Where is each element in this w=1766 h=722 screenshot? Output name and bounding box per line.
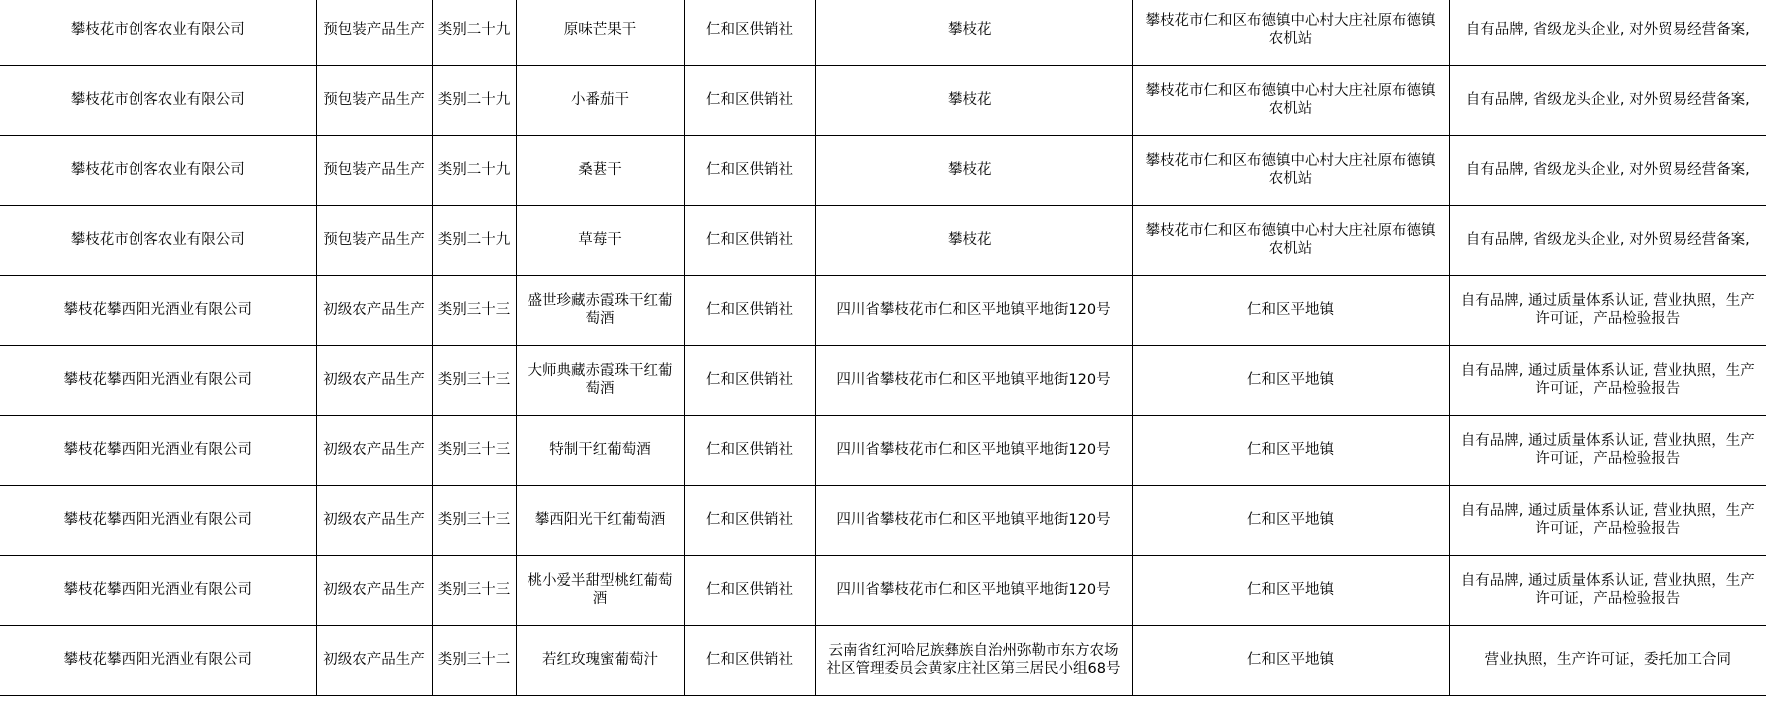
category-cell[interactable]: 类别三十三	[432, 345, 516, 415]
qualification-cell[interactable]: 自有品牌, 省级龙头企业, 对外贸易经营备案,	[1449, 0, 1766, 65]
production-type-cell[interactable]: 预包装产品生产	[316, 0, 432, 65]
category-cell[interactable]: 类别二十九	[432, 0, 516, 65]
table-row: 攀枝花攀西阳光酒业有限公司 初级农产品生产 类别三十三 盛世珍藏赤霞珠干红葡萄酒…	[0, 275, 1766, 345]
address-cell[interactable]: 攀枝花市仁和区布德镇中心村大庄社原布德镇农机站	[1132, 65, 1449, 135]
qualification-cell[interactable]: 自有品牌, 通过质量体系认证, 营业执照，生产许可证，产品检验报告	[1449, 275, 1766, 345]
qualification-cell[interactable]: 自有品牌, 省级龙头企业, 对外贸易经营备案,	[1449, 135, 1766, 205]
address-cell[interactable]: 仁和区平地镇	[1132, 555, 1449, 625]
production-type-cell[interactable]: 初级农产品生产	[316, 555, 432, 625]
product-name-cell[interactable]: 攀西阳光干红葡萄酒	[516, 485, 684, 555]
production-type-cell[interactable]: 初级农产品生产	[316, 625, 432, 695]
origin-cell[interactable]: 攀枝花	[815, 205, 1132, 275]
origin-cell[interactable]: 四川省攀枝花市仁和区平地镇平地街120号	[815, 555, 1132, 625]
table-row: 攀枝花攀西阳光酒业有限公司 初级农产品生产 类别三十二 若红玫瑰蜜葡萄汁 仁和区…	[0, 625, 1766, 695]
product-name-cell[interactable]: 草莓干	[516, 205, 684, 275]
product-name-cell[interactable]: 小番茄干	[516, 65, 684, 135]
supplier-cell[interactable]: 仁和区供销社	[684, 485, 815, 555]
address-cell[interactable]: 仁和区平地镇	[1132, 345, 1449, 415]
origin-cell[interactable]: 攀枝花	[815, 0, 1132, 65]
category-cell[interactable]: 类别三十三	[432, 275, 516, 345]
company-cell[interactable]: 攀枝花攀西阳光酒业有限公司	[0, 625, 316, 695]
qualification-cell[interactable]: 自有品牌, 通过质量体系认证, 营业执照，生产许可证，产品检验报告	[1449, 555, 1766, 625]
address-cell[interactable]: 攀枝花市仁和区布德镇中心村大庄社原布德镇农机站	[1132, 0, 1449, 65]
production-type-cell[interactable]: 初级农产品生产	[316, 415, 432, 485]
product-name-cell[interactable]: 桃小爱半甜型桃红葡萄酒	[516, 555, 684, 625]
address-cell[interactable]: 攀枝花市仁和区布德镇中心村大庄社原布德镇农机站	[1132, 205, 1449, 275]
supplier-cell[interactable]: 仁和区供销社	[684, 555, 815, 625]
category-cell[interactable]: 类别三十三	[432, 415, 516, 485]
table-row: 攀枝花市创客农业有限公司 预包装产品生产 类别二十九 草莓干 仁和区供销社 攀枝…	[0, 205, 1766, 275]
origin-cell[interactable]: 云南省红河哈尼族彝族自治州弥勒市东方农场社区管理委员会黄家庄社区第三居民小组68…	[815, 625, 1132, 695]
qualification-cell[interactable]: 自有品牌, 通过质量体系认证, 营业执照，生产许可证，产品检验报告	[1449, 345, 1766, 415]
production-type-cell[interactable]: 预包装产品生产	[316, 65, 432, 135]
category-cell[interactable]: 类别二十九	[432, 65, 516, 135]
product-name-cell[interactable]: 原味芒果干	[516, 0, 684, 65]
table-row: 攀枝花攀西阳光酒业有限公司 初级农产品生产 类别三十三 攀西阳光干红葡萄酒 仁和…	[0, 485, 1766, 555]
address-cell[interactable]: 仁和区平地镇	[1132, 485, 1449, 555]
category-cell[interactable]: 类别三十三	[432, 555, 516, 625]
category-cell[interactable]: 类别三十三	[432, 485, 516, 555]
production-type-cell[interactable]: 初级农产品生产	[316, 275, 432, 345]
supplier-cell[interactable]: 仁和区供销社	[684, 65, 815, 135]
company-cell[interactable]: 攀枝花市创客农业有限公司	[0, 205, 316, 275]
product-name-cell[interactable]: 桑葚干	[516, 135, 684, 205]
company-cell[interactable]: 攀枝花攀西阳光酒业有限公司	[0, 415, 316, 485]
table-row: 攀枝花市创客农业有限公司 预包装产品生产 类别二十九 桑葚干 仁和区供销社 攀枝…	[0, 135, 1766, 205]
production-type-cell[interactable]: 预包装产品生产	[316, 135, 432, 205]
company-cell[interactable]: 攀枝花攀西阳光酒业有限公司	[0, 485, 316, 555]
address-cell[interactable]: 仁和区平地镇	[1132, 275, 1449, 345]
qualification-cell[interactable]: 营业执照，生产许可证，委托加工合同	[1449, 625, 1766, 695]
company-cell[interactable]: 攀枝花攀西阳光酒业有限公司	[0, 345, 316, 415]
spreadsheet: 攀枝花市创客农业有限公司 预包装产品生产 类别二十九 原味芒果干 仁和区供销社 …	[0, 0, 1766, 696]
qualification-cell[interactable]: 自有品牌, 省级龙头企业, 对外贸易经营备案,	[1449, 65, 1766, 135]
company-cell[interactable]: 攀枝花攀西阳光酒业有限公司	[0, 555, 316, 625]
supplier-cell[interactable]: 仁和区供销社	[684, 0, 815, 65]
supplier-cell[interactable]: 仁和区供销社	[684, 135, 815, 205]
table-row: 攀枝花攀西阳光酒业有限公司 初级农产品生产 类别三十三 特制干红葡萄酒 仁和区供…	[0, 415, 1766, 485]
production-type-cell[interactable]: 预包装产品生产	[316, 205, 432, 275]
supplier-cell[interactable]: 仁和区供销社	[684, 205, 815, 275]
table-row: 攀枝花攀西阳光酒业有限公司 初级农产品生产 类别三十三 大师典藏赤霞珠干红葡萄酒…	[0, 345, 1766, 415]
supplier-cell[interactable]: 仁和区供销社	[684, 275, 815, 345]
company-cell[interactable]: 攀枝花市创客农业有限公司	[0, 65, 316, 135]
table-row: 攀枝花市创客农业有限公司 预包装产品生产 类别二十九 小番茄干 仁和区供销社 攀…	[0, 65, 1766, 135]
supplier-cell[interactable]: 仁和区供销社	[684, 625, 815, 695]
qualification-cell[interactable]: 自有品牌, 通过质量体系认证, 营业执照，生产许可证，产品检验报告	[1449, 485, 1766, 555]
origin-cell[interactable]: 四川省攀枝花市仁和区平地镇平地街120号	[815, 275, 1132, 345]
origin-cell[interactable]: 四川省攀枝花市仁和区平地镇平地街120号	[815, 485, 1132, 555]
table-row: 攀枝花市创客农业有限公司 预包装产品生产 类别二十九 原味芒果干 仁和区供销社 …	[0, 0, 1766, 65]
company-cell[interactable]: 攀枝花市创客农业有限公司	[0, 135, 316, 205]
supplier-cell[interactable]: 仁和区供销社	[684, 345, 815, 415]
origin-cell[interactable]: 四川省攀枝花市仁和区平地镇平地街120号	[815, 415, 1132, 485]
product-table: 攀枝花市创客农业有限公司 预包装产品生产 类别二十九 原味芒果干 仁和区供销社 …	[0, 0, 1766, 696]
address-cell[interactable]: 仁和区平地镇	[1132, 625, 1449, 695]
category-cell[interactable]: 类别二十九	[432, 205, 516, 275]
product-name-cell[interactable]: 大师典藏赤霞珠干红葡萄酒	[516, 345, 684, 415]
category-cell[interactable]: 类别二十九	[432, 135, 516, 205]
product-name-cell[interactable]: 若红玫瑰蜜葡萄汁	[516, 625, 684, 695]
product-name-cell[interactable]: 特制干红葡萄酒	[516, 415, 684, 485]
product-name-cell[interactable]: 盛世珍藏赤霞珠干红葡萄酒	[516, 275, 684, 345]
production-type-cell[interactable]: 初级农产品生产	[316, 485, 432, 555]
table-row: 攀枝花攀西阳光酒业有限公司 初级农产品生产 类别三十三 桃小爱半甜型桃红葡萄酒 …	[0, 555, 1766, 625]
company-cell[interactable]: 攀枝花攀西阳光酒业有限公司	[0, 275, 316, 345]
category-cell[interactable]: 类别三十二	[432, 625, 516, 695]
company-cell[interactable]: 攀枝花市创客农业有限公司	[0, 0, 316, 65]
origin-cell[interactable]: 四川省攀枝花市仁和区平地镇平地街120号	[815, 345, 1132, 415]
address-cell[interactable]: 攀枝花市仁和区布德镇中心村大庄社原布德镇农机站	[1132, 135, 1449, 205]
qualification-cell[interactable]: 自有品牌, 省级龙头企业, 对外贸易经营备案,	[1449, 205, 1766, 275]
production-type-cell[interactable]: 初级农产品生产	[316, 345, 432, 415]
address-cell[interactable]: 仁和区平地镇	[1132, 415, 1449, 485]
supplier-cell[interactable]: 仁和区供销社	[684, 415, 815, 485]
origin-cell[interactable]: 攀枝花	[815, 65, 1132, 135]
qualification-cell[interactable]: 自有品牌, 通过质量体系认证, 营业执照，生产许可证，产品检验报告	[1449, 415, 1766, 485]
origin-cell[interactable]: 攀枝花	[815, 135, 1132, 205]
